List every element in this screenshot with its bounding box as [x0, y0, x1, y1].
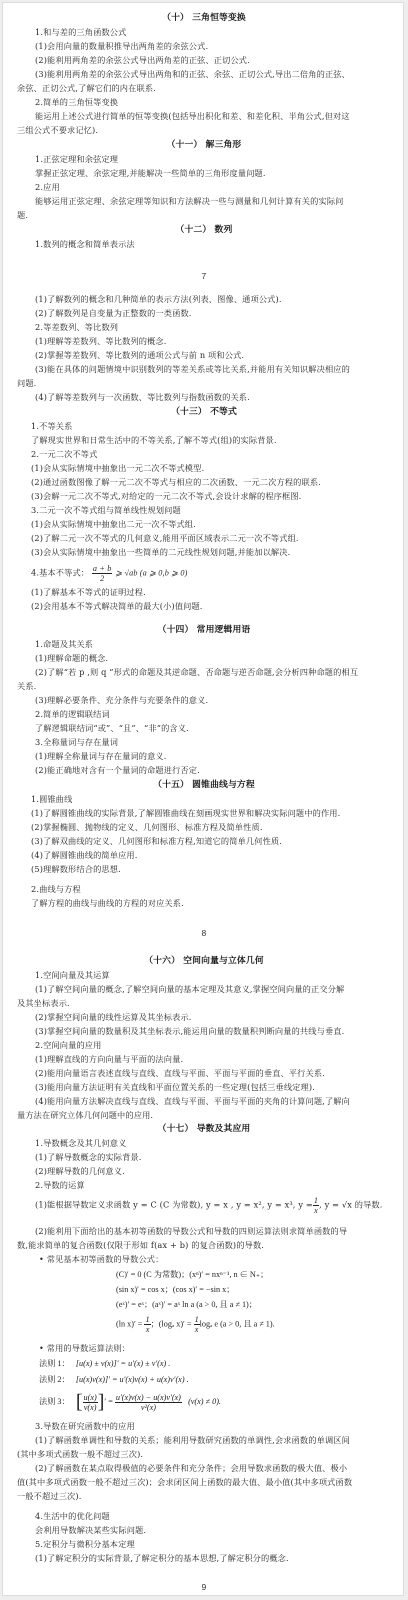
text-line: 关系.	[17, 681, 36, 692]
text-line: (2)会用基本不等式解决简单的最大(小)值问题.	[31, 601, 203, 612]
text-line: (3)了解双曲线的定义、几何图形和标准方程,知道它的简单几何性质.	[31, 836, 282, 847]
text-line: 1.数列的概念和简单表示法	[35, 239, 135, 250]
text-line: 1.导数概念及其几何意义	[35, 1138, 127, 1149]
formula-line: (C)′ = 0 (C 为常数)；(xⁿ)′ = nxⁿ⁻¹, n ∈ N₊；	[116, 1269, 268, 1280]
text-line: (1)了解圆锥曲线的实际背景,了解圆锥曲线在刻画现实世界和解决实际问题中的作用.	[31, 808, 340, 819]
text-line: (其中多项式函数一般不超过三次).	[17, 1449, 143, 1460]
text-line: 2.导数的运算	[35, 1180, 85, 1191]
text-line: 3.全称量词与存在量词	[35, 737, 118, 748]
text-line: (3)掌握空间向量的数量积及其坐标表示,能运用向量的数量积判断向量的共线与垂直.	[35, 1026, 344, 1037]
text-line: (2)了解函数在某点取得极值的必要条件和充分条件；会用导数求函数的极大值、极小	[35, 1463, 347, 1474]
text-line: 量方法在研究立体几何问题中的应用.	[17, 1110, 153, 1121]
text-line: (2)能用向量语言表述直线与直线、直线与平面、平面与平面的垂直、平行关系.	[35, 1068, 325, 1079]
text-line: 2.空间向量的应用	[35, 1040, 101, 1051]
text-line: 1.空间向量及其运算	[35, 970, 110, 981]
text-line: 2.简单的三角恒等变换	[35, 97, 118, 108]
text-line: 1.命题及其关系	[35, 639, 93, 650]
text-line: (2)掌握等差数列、等比数列的通项公式与前 n 项和公式.	[35, 350, 244, 361]
section-title-12: （十二） 数列	[3, 225, 405, 236]
text-line: (2)能利用下面给出的基本初等函数的导数公式和导数的四则运算法则求简单函数的导	[35, 1226, 347, 1237]
text-line: (1)了解函数单调性和导数的关系；能利用导数研究函数的单调性,会求函数的单调区间	[35, 1435, 350, 1446]
text-line: (2)能利用两角差的余弦公式导出两角差的正弦、正切公式.	[35, 55, 250, 66]
text-line: 余弦、正切公式,了解它们的内在联系.	[17, 83, 156, 94]
text-line: 4.生活中的优化问题	[35, 1511, 110, 1522]
rule-1: 法则 1： [u(x) ± v(x)]′ = u′(x) ± v′(x) .	[39, 1358, 170, 1369]
text-line: (1)会从实际情境中抽象出一元二次不等式模型.	[31, 463, 204, 474]
text-line: (2)了解“若 p ,则 q ”形式的命题及其逆命题、否命题与逆否命题,会分析四…	[35, 667, 358, 678]
inequality-label: 4.基本不等式：	[31, 568, 89, 578]
section-title-16: （十六） 空间向量与立体几何	[3, 956, 405, 967]
text-line: 2.一元二次不等式	[31, 449, 97, 460]
text-line: 2.曲线与方程	[31, 884, 81, 895]
text-line: 2.应用	[35, 182, 60, 193]
text-line: 1.不等关系	[31, 421, 72, 432]
text-line: (2)掌握空间向量的线性运算及其坐标表示.	[35, 1012, 192, 1023]
formula-line: (eˣ)′ = eˣ；(aˣ)′ = aˣ ln a (a > 0, 且 a ≠…	[116, 1299, 257, 1310]
fraction: a + b2	[92, 564, 113, 583]
fraction: u′(x)v(x) − u(x)v′(x)v²(x)	[115, 1393, 182, 1412]
section-title-14: （十四） 常用逻辑用语	[3, 625, 405, 636]
text-line: 值(其中多项式函数一般不超过三次)；会求闭区间上函数的最大值、最小值(其中多项式…	[17, 1477, 352, 1488]
text-line: (1)理解等差数列、等比数列的概念.	[35, 336, 167, 347]
text-line: 会利用导数解决某些实际问题.	[35, 1525, 146, 1536]
text-line: 1.圆锥曲线	[31, 794, 72, 805]
text-line: (2)通过函数图像了解一元二次不等式与相应的二次函数、一元二次方程的联系.	[31, 477, 321, 488]
text-line: (4)了解等差数列与一次函数、等比数列与指数函数的关系.	[35, 392, 250, 403]
text-line: (1)理解直线的方向向量与平面的法向量.	[35, 1054, 183, 1065]
section-title-11: （十一） 解三角形	[3, 140, 405, 151]
text-line: 了解逻辑联结词“或”、“且”、“非”的含义.	[35, 723, 189, 734]
text-line: (4)了解圆锥曲线的简单应用.	[31, 850, 138, 861]
rule-3: 法则 3： [u(x)v(x)]′ = u′(x)v(x) − u(x)v′(x…	[39, 1392, 221, 1412]
text-line: (1)了解基本不等式的证明过程.	[31, 587, 146, 598]
fraction: u(x)v(x)	[83, 1393, 98, 1412]
text-line: 2.简单的逻辑联结词	[35, 709, 110, 720]
text-line: 2.等差数列、等比数列	[35, 322, 118, 333]
text-line: (1)了解数列的概念和几种简单的表示方法(列表、图像、通项公式).	[35, 294, 282, 305]
bullet-item: • 常用的导数运算法则：	[39, 1343, 130, 1354]
text-line: 1.正弦定理和余弦定理	[35, 154, 118, 165]
text-line: 能够运用正弦定理、余弦定理等知识和方法解决一些与测量和几何计算有关的实际问	[35, 196, 344, 207]
text-line: (1)了解定积分的实际背景,了解定积分的基本思想,了解定积分的概念.	[35, 1553, 289, 1564]
text-line: (5)理解数形结合的思想.	[31, 864, 121, 875]
text-line: 三组公式不要求记忆).	[17, 125, 98, 136]
text-line: (1)了解空间向量的概念,了解空间向量的基本定理及其意义,掌握空间向量的正交分解	[35, 984, 344, 995]
text-line: (3)能利用两角差的余弦公式导出两角和的正弦、余弦、正切公式,导出二倍角的正弦、	[35, 69, 350, 80]
text-line: 能运用上述公式进行简单的恒等变换(包括导出积化和差、和差化积、半角公式,但对这	[35, 111, 350, 122]
formula-line: (sin x)′ = cos x；(cos x)′ = −sin x；	[116, 1284, 234, 1295]
document-page: （十） 三角恒等变换 1.和与差的三角函数公式 (1)会用向量的数量积推导出两角…	[2, 2, 404, 1596]
page-number: 8	[3, 928, 405, 939]
text-line: (3)能用向量方法证明有关直线和平面位置关系的一些定理(包括三垂线定理).	[35, 1082, 315, 1093]
text-line: (3)理解必要条件、充分条件与充要条件的意义.	[35, 695, 208, 706]
text-line: 题.	[17, 210, 28, 221]
page-number: 9	[3, 1582, 405, 1593]
section-title-13: （十三） 不等式	[3, 407, 405, 418]
text-line: (2)掌握椭圆、抛物线的定义、几何图形、标准方程及简单性质.	[31, 822, 263, 833]
text-line: 1.和与差的三角函数公式	[35, 27, 127, 38]
text-line: (4)能用向量方法解决直线与直线、直线与平面、平面与平面的夹角的计算问题,了解向	[35, 1096, 350, 1107]
text-line: 一般不超过三次).	[17, 1491, 81, 1502]
text-line: (2)了解二元一次不等式的几何意义,能用平面区域表示二元一次不等式组.	[31, 533, 299, 544]
derivative-basic-functions: (1)能根据导数定义求函数 y = C (C 为常数), y = x , y =…	[35, 1196, 383, 1215]
text-line: 5.定积分与微积分基本定理	[35, 1539, 135, 1550]
section-title-15: （十五） 圆锥曲线与方程	[3, 780, 405, 791]
text-line: (1)理解命题的概念.	[35, 653, 108, 664]
text-line: (1)了解导数概念的实际背景.	[35, 1152, 142, 1163]
text-line: (2)理解导数的几何意义.	[35, 1166, 125, 1177]
text-line: (1)会从实际情境中抽象出二元一次不等式组.	[31, 519, 196, 530]
text-line: (1)理解全称量词与存在量词的意义.	[35, 751, 167, 762]
text-line: 问题.	[17, 378, 36, 389]
rule-2: 法则 2： [u(x)v(x)]′ = u′(x)v(x) + u(x)v′(x…	[39, 1374, 189, 1385]
page-number: 7	[3, 271, 405, 282]
text-line: (3)会从实际情境中抽象出一些简单的二元线性规划问题,并能加以解决.	[31, 547, 290, 558]
text-line: 了解方程的曲线与曲线的方程的对应关系.	[31, 898, 184, 909]
section-title-10: （十） 三角恒等变换	[3, 13, 405, 24]
text-line: (2)了解数列是自变量为正整数的一类函数.	[35, 308, 192, 319]
basic-inequality: 4.基本不等式： a + b2 ⩾ √ab (a ⩾ 0,b ⩾ 0)	[31, 564, 188, 583]
text-line: (3)会解一元二次不等式,对给定的一元二次不等式,会设计求解的程序框图.	[31, 491, 301, 502]
section-title-17: （十七） 导数及其应用	[3, 1124, 405, 1135]
text-line: 掌握正弦定理、余弦定理,并能解决一些简单的三角形度量问题.	[35, 168, 266, 179]
text-line: (1)会用向量的数量积推导出两角差的余弦公式.	[35, 41, 208, 52]
text-line: 及其坐标表示.	[17, 998, 70, 1009]
text-line: (2)能正确地对含有一个量词的命题进行否定.	[35, 765, 200, 776]
text-line: 了解现实世界和日常生活中的不等关系,了解不等式(组)的实际背景.	[31, 435, 277, 446]
text-line: 数,能求简单的复合函数(仅限于形如 f(ax + b) 的复合函数)的导数.	[17, 1240, 264, 1251]
text-line: 3.二元一次不等式组与简单线性规划问题	[31, 505, 181, 516]
inequality-formula: ⩾ √ab (a ⩾ 0,b ⩾ 0)	[115, 569, 187, 578]
text-line: (3)能在具体的问题情境中识别数列的等差关系或等比关系,并能用有关知识解决相应的	[35, 364, 350, 375]
text-line: 3.导数在研究函数中的应用	[35, 1421, 135, 1432]
bullet-item: • 常见基本初等函数的导数公式：	[39, 1254, 163, 1265]
formula-line: (ln x)′ = 1x；(logₐ x)′ = 1xlogₐ e (a > 0…	[116, 1315, 275, 1334]
